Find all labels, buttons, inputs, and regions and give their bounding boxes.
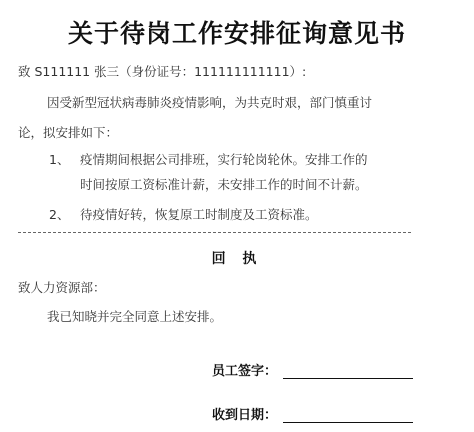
receipt-body: 我已知晓并完全同意上述安排。 <box>47 307 222 325</box>
receipt-title: 回 执 <box>0 248 474 268</box>
signature-field[interactable] <box>283 364 413 379</box>
list-item-2-line-1: 待疫情好转，恢复原工时制度及工资标准。 <box>80 205 318 223</box>
date-field[interactable] <box>283 408 413 423</box>
addressee-line: 致 S111111 张三（身份证号：111111111111）: <box>18 62 306 80</box>
list-item-1-line-2: 时间按原工资标准计薪，未安排工作的时间不计薪。 <box>80 175 368 193</box>
intro-paragraph-line-1: 因受新型冠状病毒肺炎疫情影响，为共克时艰，部门慎重讨 <box>47 93 372 111</box>
signature-label: 员工签字： <box>212 360 277 379</box>
document-title: 关于待岗工作安排征询意见书 <box>0 14 474 50</box>
cut-line-divider <box>18 232 411 233</box>
list-item-1-line-1: 疫情期间根据公司排班，实行轮岗轮休。安排工作的 <box>80 150 368 168</box>
signature-row: 员工签字： <box>212 360 413 379</box>
list-item-number: 2、 <box>49 205 69 223</box>
list-item-number: 1、 <box>49 150 69 168</box>
date-label: 收到日期： <box>212 404 277 423</box>
receipt-addressee: 致人力资源部： <box>18 278 106 296</box>
date-row: 收到日期： <box>212 404 413 423</box>
intro-paragraph-line-2: 论，拟安排如下： <box>18 123 118 141</box>
